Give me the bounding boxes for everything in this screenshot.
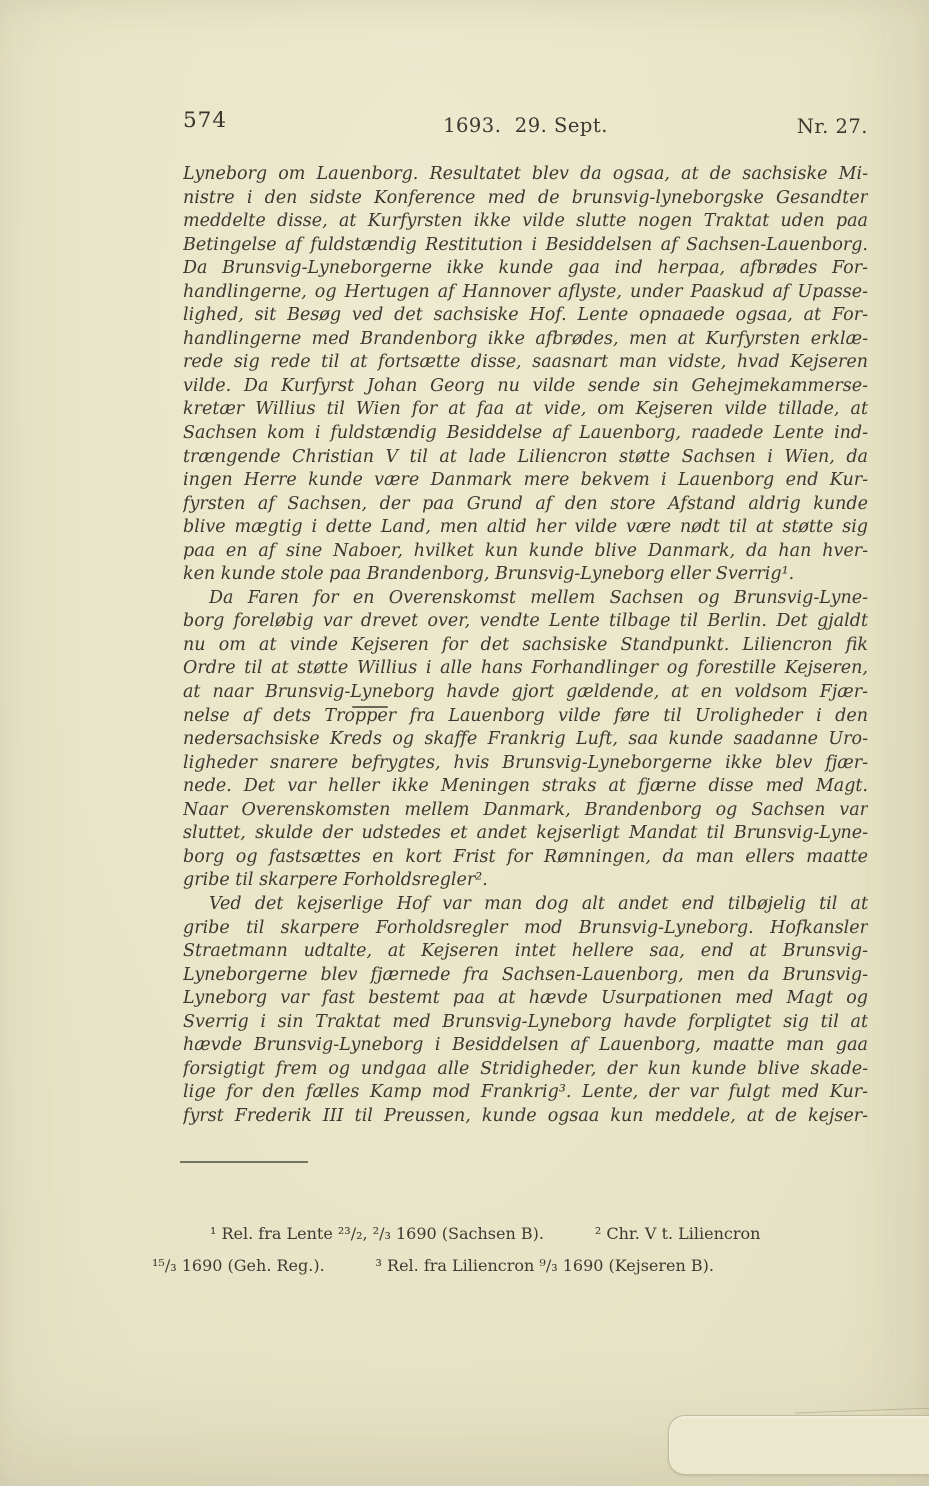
text-line: fyrsten af Sachsen, der paa Grund af den…: [183, 494, 868, 518]
text-line: gribe til skarpere Forholdsregler mod Br…: [183, 918, 868, 942]
text-line: gribe til skarpere Forholdsregler².: [183, 870, 868, 894]
text-line: vilde. Da Kurfyrst Johan Georg nu vilde …: [183, 376, 868, 400]
stamp-edge-line: [795, 1408, 929, 1414]
text-line: Lyneborg var fast bestemt paa at hævde U…: [183, 988, 868, 1012]
text-line: nistre i den sidste Konference med de br…: [183, 188, 868, 212]
text-line: Ordre til at støtte Willius i alle hans …: [183, 658, 868, 682]
text-line: Sverrig i sin Traktat med Brunsvig-Lyneb…: [183, 1012, 868, 1036]
text-line: nedersachsiske Kreds og skaffe Frankrig …: [183, 729, 868, 753]
text-line: Da Faren for en Overenskomst mellem Sach…: [183, 588, 868, 612]
body-text: Lyneborg om Lauenborg. Resultatet blev d…: [183, 164, 868, 1129]
text-line: blive mægtig i dette Land, men altid her…: [183, 517, 868, 541]
text-line: handlingerne med Brandenborg ikke afbrød…: [183, 329, 868, 353]
text-line: hævde Brunsvig-Lyneborg i Besiddelsen af…: [183, 1035, 868, 1059]
text-line: borg og fastsættes en kort Frist for Røm…: [183, 847, 868, 871]
text-line: handlingerne, og Hertugen af Hannover af…: [183, 282, 868, 306]
text-line: ken kunde stole paa Brandenborg, Brunsvi…: [183, 564, 868, 588]
text-line: nelse af dets Tropper fra Lauenborg vild…: [183, 706, 868, 730]
footnotes: ¹ Rel. fra Lente ²³/₂, ²/₃ 1690 (Sachsen…: [152, 1218, 868, 1281]
text-line: meddelte disse, at Kurfyrsten ikke vilde…: [183, 211, 868, 235]
text-line: Lyneborgerne blev fjærnede fra Sachsen-L…: [183, 965, 868, 989]
print-artifact-underline: [352, 706, 388, 708]
text-line: Straetmann udtalte, at Kejseren intet he…: [183, 941, 868, 965]
text-line: Da Brunsvig-Lyneborgerne ikke kunde gaa …: [183, 258, 868, 282]
text-line: trængende Christian V til at lade Lilien…: [183, 447, 868, 471]
text-line: kretær Willius til Wien for at faa at vi…: [183, 399, 868, 423]
text-line: lighed, sit Besøg ved det sachsiske Hof.…: [183, 305, 868, 329]
footnote-separator: [180, 1161, 308, 1163]
text-line: Betingelse af fuldstændig Restitution i …: [183, 235, 868, 259]
text-line: Ved det kejserlige Hof var man dog alt a…: [183, 894, 868, 918]
text-line: at naar Brunsvig-Lyneborg havde gjort gæ…: [183, 682, 868, 706]
page-header-date: 1693. 29. Sept.: [183, 114, 868, 137]
footnote-line: ¹ Rel. fra Lente ²³/₂, ²/₃ 1690 (Sachsen…: [152, 1218, 868, 1250]
text-line: ingen Herre kunde være Danmark mere bekv…: [183, 470, 868, 494]
text-line: ligheder snarere befrygtes, hvis Brunsvi…: [183, 753, 868, 777]
text-line: paa en af sine Naboer, hvilket kun kunde…: [183, 541, 868, 565]
footnote-line: ¹⁵/₃ 1690 (Geh. Reg.). ³ Rel. fra Lilien…: [152, 1250, 868, 1282]
text-line: Sachsen kom i fuldstændig Besiddelse af …: [183, 423, 868, 447]
text-line: sluttet, skulde der udstedes et andet ke…: [183, 823, 868, 847]
book-page: 574 1693. 29. Sept. Nr. 27. Lyneborg om …: [0, 0, 929, 1486]
page-issue-number: Nr. 27.: [797, 115, 868, 138]
text-line: fyrst Frederik III til Preussen, kunde o…: [183, 1106, 868, 1130]
text-line: borg foreløbig var drevet over, vendte L…: [183, 611, 868, 635]
text-line: rede sig rede til at fortsætte disse, sa…: [183, 352, 868, 376]
text-line: nu om at vinde Kejseren for det sachsisk…: [183, 635, 868, 659]
text-line: lige for den fælles Kamp mod Frankrig³. …: [183, 1082, 868, 1106]
text-line: Lyneborg om Lauenborg. Resultatet blev d…: [183, 164, 868, 188]
text-line: Naar Overenskomsten mellem Danmark, Bran…: [183, 800, 868, 824]
text-line: nede. Det var heller ikke Meningen strak…: [183, 776, 868, 800]
text-line: forsigtigt frem og undgaa alle Stridighe…: [183, 1059, 868, 1083]
embossed-stamp: [668, 1415, 929, 1475]
page-header: 574 1693. 29. Sept. Nr. 27.: [183, 108, 868, 144]
